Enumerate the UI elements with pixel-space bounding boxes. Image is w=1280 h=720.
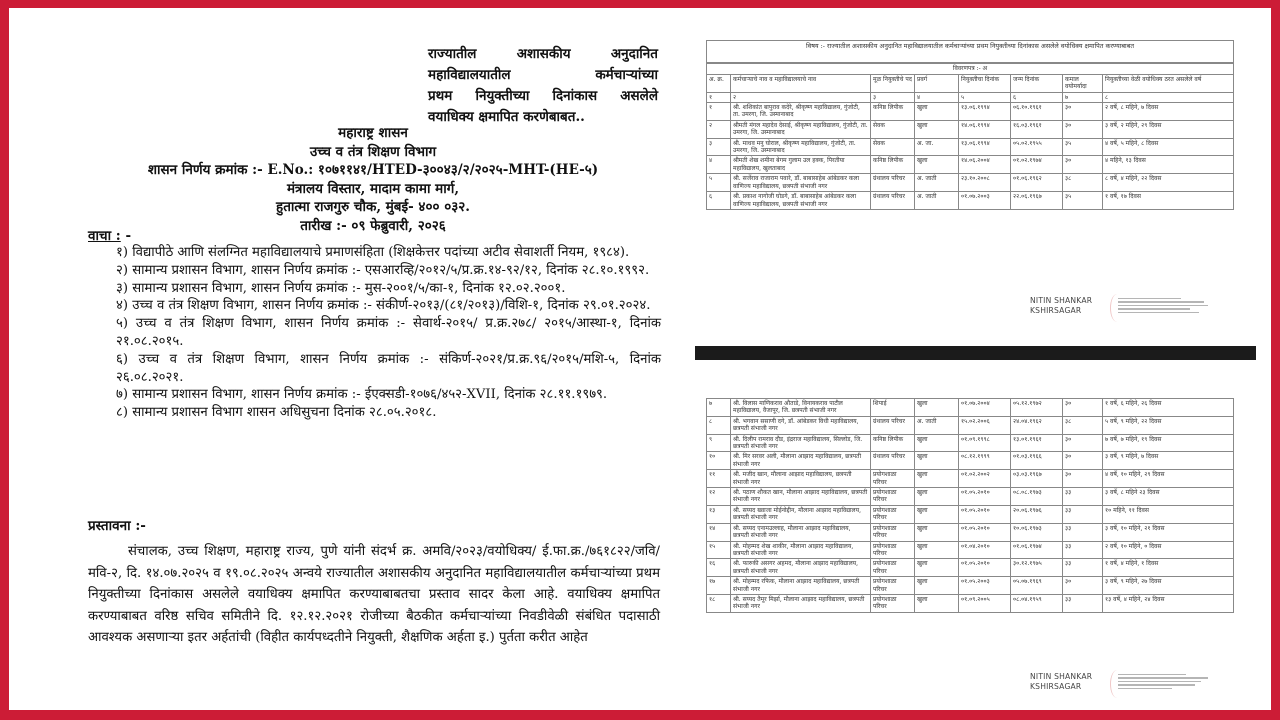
table-cell: ३० <box>1063 156 1103 174</box>
table-cell: ६ <box>707 192 731 210</box>
column-header: प्रवर्ग <box>915 74 959 92</box>
column-header-row: अ. क्र.कर्मचाऱ्याचे नाव व महाविद्यालयाचे… <box>707 74 1234 92</box>
table-cell: ८ <box>707 416 731 434</box>
annexure-caption: विषय :- राज्यातील अशासकीय अनुदानित महावि… <box>706 40 1234 63</box>
column-number: ४ <box>915 92 959 102</box>
table-cell: ३० <box>1063 470 1103 488</box>
table-cell: ३५ <box>1063 138 1103 156</box>
table-cell: ०१.०३.१९६६ <box>1011 452 1063 470</box>
table-cell: ३० <box>1063 103 1103 121</box>
table-cell: ग्रंथालय परिचर <box>871 174 915 192</box>
table-cell: १० महिने, ११ दिवस <box>1103 505 1234 523</box>
table-cell: खुला <box>915 505 959 523</box>
reference-item: ६) उच्च व तंत्र शिक्षण विभाग, शासन निर्ण… <box>116 351 661 387</box>
subject-block: राज्यातील अशासकीय अनुदानित महाविद्यालयात… <box>428 44 658 128</box>
table-cell: ३३ <box>1063 541 1103 559</box>
column-number: ६ <box>1011 92 1063 102</box>
column-number: २ <box>731 92 871 102</box>
annexure-sheet-page1: विषय :- राज्यातील अशासकीय अनुदानित महावि… <box>706 40 1234 210</box>
table-cell: ०१.०४.२०१० <box>959 541 1011 559</box>
department-name: उच्च व तंत्र शिक्षण विभाग <box>88 143 658 162</box>
table-cell: श्री. विलास माणिकराव औताडे, विनायकराव पा… <box>731 399 871 417</box>
table-cell: ३० <box>1063 434 1103 452</box>
table-cell: प्रयोगशाळा परिचर <box>871 505 915 523</box>
reference-item: १) विद्यापीठे आणि संलग्नित महाविद्यालयाच… <box>116 244 661 262</box>
table-cell: ०५.१२.१९७२ <box>1011 399 1063 417</box>
reference-item: २) सामान्य प्रशासन विभाग, शासन निर्णय क्… <box>116 262 661 280</box>
table-cell: अ. जाती <box>915 416 959 434</box>
table-cell: २०.०६.१९७६ <box>1011 505 1063 523</box>
table-cell: १ वर्षे, ६ महिने, २६ दिवस <box>1103 399 1234 417</box>
table-cell: ३० <box>1063 452 1103 470</box>
table-cell: ५ <box>707 174 731 192</box>
table-cell: प्रयोगशाळा परिचर <box>871 470 915 488</box>
table-cell: प्रयोगशाळा परिचर <box>871 523 915 541</box>
table-cell: ०८.१२.१९९९ <box>959 452 1011 470</box>
gr-number: शासन निर्णय क्रमांक :- E.No.: १०७११४१/HT… <box>88 161 658 180</box>
address-line: मंत्रालय विस्तार, मादाम कामा मार्ग, <box>88 180 658 199</box>
table-cell: श्री. मजीद खान, मौलाना आझाद महाविद्यालय,… <box>731 470 871 488</box>
signer-name: NITIN SHANKARKSHIRSAGAR <box>1030 672 1092 692</box>
table-cell: ३० <box>1063 577 1103 595</box>
annexure-table-continued: ७श्री. विलास माणिकराव औताडे, विनायकराव प… <box>706 398 1234 613</box>
table-row: १२श्री. पठाण शौकत खान, मौलाना आझाद महावि… <box>707 488 1234 506</box>
table-cell: खुला <box>915 156 959 174</box>
digital-signature: NITIN SHANKARKSHIRSAGAR <box>1030 296 1230 326</box>
signature-stamp-icon <box>1118 296 1208 320</box>
table-cell: ०१.०७.२००३ <box>959 192 1011 210</box>
table-cell: श्री. प्रकाश नागोजी घोडगे, डॉ. बाबासाहेब… <box>731 192 871 210</box>
table-cell: शिपाई <box>871 399 915 417</box>
table-cell: १२ <box>707 488 731 506</box>
table-row: ३श्री. माधव मनु घोराल, श्रीकृष्ण महाविद्… <box>707 138 1234 156</box>
table-row: १६श्री. फारुकी असगर अहमद, मौलाना आझाद मह… <box>707 559 1234 577</box>
table-row: ९श्री. दिलीप रामराव दौड, इंद्रराज महाविद… <box>707 434 1234 452</box>
reference-item: ८) सामान्य प्रशासन विभाग शासन अधिसुचना द… <box>116 404 661 422</box>
table-cell: ०५.०२.१९५५ <box>1011 138 1063 156</box>
table-cell: ३ वर्षे, १० महिने, २१ दिवस <box>1103 523 1234 541</box>
table-cell: ३ <box>707 138 731 156</box>
table-cell: ०३.०३.१९६७ <box>1011 470 1063 488</box>
table-cell: १६.०३.१९६१ <box>1011 120 1063 138</box>
table-cell: १३ <box>707 505 731 523</box>
column-header: कमाल वयोमर्यादा <box>1063 74 1103 92</box>
table-cell: ०१.०७.२००४ <box>959 399 1011 417</box>
subject-line: महाविद्यालयातील कर्मचाऱ्यांच्या <box>428 65 658 86</box>
table-cell: ०१.०६.१९६२ <box>1011 174 1063 192</box>
table-cell: ४ वर्षे, ५ महिने, ८ दिवस <box>1103 138 1234 156</box>
read-heading-label: वाचा : <box>88 228 121 244</box>
reference-item: ४) उच्च व तंत्र शिक्षण विभाग, शासन निर्ण… <box>116 297 661 315</box>
column-header: नियुक्तीच्या वेळी वयोधिक्य ठरत असलेले वर… <box>1103 74 1234 92</box>
table-cell: प्रयोगशाळा परिचर <box>871 559 915 577</box>
table-cell: ०१.०५.२०१० <box>959 559 1011 577</box>
table-cell: खुला <box>915 541 959 559</box>
table-cell: श्री. सर्जेराव राजाराम पवारे, डॉ. बाबासा… <box>731 174 871 192</box>
table-cell: ३३ <box>1063 488 1103 506</box>
table-cell: खुला <box>915 434 959 452</box>
table-cell: २ <box>707 120 731 138</box>
reference-item: ५) उच्च व तंत्र शिक्षण विभाग, शासन निर्ण… <box>116 315 661 351</box>
table-cell: ३० <box>1063 120 1103 138</box>
table-cell: ४ वर्षे, १० महिने, २९ दिवस <box>1103 470 1234 488</box>
table-cell: खुला <box>915 452 959 470</box>
table-cell: श्री. फारुकी असगर अहमद, मौलाना आझाद महाव… <box>731 559 871 577</box>
column-number: ८ <box>1103 92 1234 102</box>
table-cell: १३.०६.१९९४ <box>959 103 1011 121</box>
page-divider-bar <box>695 346 1256 360</box>
table-cell: ३३ <box>1063 594 1103 612</box>
reference-item: ७) सामान्य प्रशासन विभाग, शासन निर्णय क्… <box>116 386 661 404</box>
table-cell: अ. जाती <box>915 174 959 192</box>
table-cell: श्री. दिलीप रामराव दौड, इंद्रराज महाविद्… <box>731 434 871 452</box>
table-cell: १४ <box>707 523 731 541</box>
table-cell: कनिष्ठ लिपीक <box>871 156 915 174</box>
digital-signature: NITIN SHANKARKSHIRSAGAR <box>1030 672 1230 702</box>
table-cell: १४.०६.२००४ <box>959 156 1011 174</box>
table-row: १३श्री. सय्यद ख्वाजा मोईनोद्दीन, मौलाना … <box>707 505 1234 523</box>
intro-heading: प्रस्तावना :- <box>88 516 146 534</box>
table-cell: ०१.०५.२०१० <box>959 505 1011 523</box>
table-cell: श्रीमती मंगल महादेव देसाई, श्रीकृष्ण महा… <box>731 120 871 138</box>
table-cell: ०८.०८.१९७३ <box>1011 488 1063 506</box>
table-cell: ०१.०२.१९७४ <box>1011 156 1063 174</box>
table-cell: खुला <box>915 577 959 595</box>
table-cell: ११ <box>707 470 731 488</box>
table-cell: ०१.०९.१९९८ <box>959 434 1011 452</box>
table-row: ६श्री. प्रकाश नागोजी घोडगे, डॉ. बाबासाहे… <box>707 192 1234 210</box>
table-cell: ०१.०५.२०१० <box>959 488 1011 506</box>
table-row: ८श्री. भगवान ससाणी दगे, डॉ. आंबेडकर विधी… <box>707 416 1234 434</box>
table-row: ११श्री. मजीद खान, मौलाना आझाद महाविद्याल… <box>707 470 1234 488</box>
column-number: १ <box>707 92 731 102</box>
table-cell: ३ वर्षे, २ महिने, २९ दिवस <box>1103 120 1234 138</box>
table-cell: १४.०६.१९९४ <box>959 120 1011 138</box>
table-cell: ०१.०५.२००३ <box>959 577 1011 595</box>
table-cell: ३३ <box>1063 505 1103 523</box>
table-cell: कनिष्ठ लिपीक <box>871 434 915 452</box>
column-header: मूळ नियुक्तीचे पद <box>871 74 915 92</box>
table-cell: खुला <box>915 470 959 488</box>
table-row: १५श्री. मोहम्मद शेख शाकीर, मौलाना आझाद म… <box>707 541 1234 559</box>
table-cell: ३८ <box>1063 416 1103 434</box>
table-cell: ग्रंथालय परिचर <box>871 452 915 470</box>
annexure-sheet-page2: ७श्री. विलास माणिकराव औताडे, विनायकराव प… <box>706 398 1234 613</box>
column-number: ७ <box>1063 92 1103 102</box>
table-cell: प्रयोगशाळा परिचर <box>871 541 915 559</box>
table-cell: ०१.०५.२०१० <box>959 523 1011 541</box>
table-row: १८श्री. सय्यद तैमूर मिर्झा, मौलाना आझाद … <box>707 594 1234 612</box>
table-cell: २ वर्षे, १० महिने, ० दिवस <box>1103 541 1234 559</box>
table-cell: ४ <box>707 156 731 174</box>
table-cell: १५.०२.२००६ <box>959 416 1011 434</box>
table-cell: ०१.०६.१९७४ <box>1011 541 1063 559</box>
subject-line: प्रथम नियुक्तीच्या दिनांकास असलेले <box>428 86 658 107</box>
table-cell: श्री. शशिकांत बापुराव कदेरे, श्रीकृष्ण म… <box>731 103 871 121</box>
table-cell: ०५.०७.१९६९ <box>1011 577 1063 595</box>
table-cell: ३३ <box>1063 559 1103 577</box>
table-cell: ३ वर्षे, ९ महिने, २७ दिवस <box>1103 577 1234 595</box>
table-cell: १ वर्षे, ४ महिने, १ दिवस <box>1103 559 1234 577</box>
column-number-row: १२३४५६७८ <box>707 92 1234 102</box>
table-cell: १ वर्षे, १७ दिवस <box>1103 192 1234 210</box>
table-cell: १३ वर्षे, ४ महिने, २४ दिवस <box>1103 594 1234 612</box>
table-row: १७श्री. मोहम्मद रफिक, मौलाना आझाद महाविद… <box>707 577 1234 595</box>
column-header: नियुक्तीचा दिनांक <box>959 74 1011 92</box>
table-cell: २२.०६.१९६७ <box>1011 192 1063 210</box>
table-cell: श्री. सय्यद एनामउल्लाह, मौलाना आझाद महाव… <box>731 523 871 541</box>
table-cell: खुला <box>915 103 959 121</box>
table-cell: ५ वर्षे, ९ महिने, २२ दिवस <box>1103 416 1234 434</box>
table-cell: १० <box>707 452 731 470</box>
table-cell: खुला <box>915 488 959 506</box>
table-cell: ३ वर्षे, ९ महिने, ७ दिवस <box>1103 452 1234 470</box>
column-number: ३ <box>871 92 915 102</box>
table-cell: ०६.१०.१९६१ <box>1011 103 1063 121</box>
table-cell: श्री. मिर सरवर अली, मौलाना आझाद महाविद्य… <box>731 452 871 470</box>
table-cell: १८ <box>707 594 731 612</box>
table-cell: अ. जाती <box>915 192 959 210</box>
table-cell: १७ <box>707 577 731 595</box>
table-cell: कनिष्ठ लिपीक <box>871 103 915 121</box>
table-cell: १५ <box>707 541 731 559</box>
table-cell: ग्रंथालय परिचर <box>871 192 915 210</box>
table-cell: ८ वर्षे, ४ महिने, २२ दिवस <box>1103 174 1234 192</box>
table-cell: सेवक <box>871 138 915 156</box>
annexure-table: विवरणपत्र :- अ अ. क्र.कर्मचाऱ्याचे नाव व… <box>706 63 1234 210</box>
table-cell: १३.०६.१९९४ <box>959 138 1011 156</box>
signature-stamp-icon <box>1118 672 1208 696</box>
table-cell: खुला <box>915 559 959 577</box>
reference-list: १) विद्यापीठे आणि संलग्नित महाविद्यालयाच… <box>116 244 661 422</box>
table-cell: श्री. सय्यद तैमूर मिर्झा, मौलाना आझाद मह… <box>731 594 871 612</box>
table-cell: ३ वर्षे, ८ महिने २३ दिवस <box>1103 488 1234 506</box>
column-header: कर्मचाऱ्याचे नाव व महाविद्यालयाचे नाव <box>731 74 871 92</box>
table-cell: ग्रंथालय परिचर <box>871 416 915 434</box>
table-cell: ३५ <box>1063 192 1103 210</box>
table-cell: ३० <box>1063 399 1103 417</box>
table-cell: ०१.०२.२००२ <box>959 470 1011 488</box>
subject-line: राज्यातील अशासकीय अनुदानित <box>428 44 658 65</box>
table-cell: प्रयोगशाळा परिचर <box>871 594 915 612</box>
table-cell: २३.१०.२००८ <box>959 174 1011 192</box>
header-block: महाराष्ट्र शासन उच्च व तंत्र शिक्षण विभा… <box>88 124 658 235</box>
read-heading-suffix: - <box>121 228 131 244</box>
table-cell: प्रयोगशाळा परिचर <box>871 577 915 595</box>
table-cell: श्री. मोहम्मद शेख शाकीर, मौलाना आझाद महा… <box>731 541 871 559</box>
sheet-title: विवरणपत्र :- अ <box>707 64 1234 74</box>
table-cell: खुला <box>915 399 959 417</box>
table-row: १०श्री. मिर सरवर अली, मौलाना आझाद महाविद… <box>707 452 1234 470</box>
table-cell: १३.०१.१९६१ <box>1011 434 1063 452</box>
table-row: ७श्री. विलास माणिकराव औताडे, विनायकराव प… <box>707 399 1234 417</box>
table-cell: खुला <box>915 523 959 541</box>
table-cell: खुला <box>915 120 959 138</box>
table-cell: ४ महिने, १३ दिवस <box>1103 156 1234 174</box>
table-cell: ३३ <box>1063 523 1103 541</box>
table-cell: २४.०४.१९६२ <box>1011 416 1063 434</box>
table-cell: ९ <box>707 434 731 452</box>
table-cell: १०.०६.१९७३ <box>1011 523 1063 541</box>
table-row: ४श्रीमती शेख शमीना बेगम गुलाम उल हक्क, प… <box>707 156 1234 174</box>
table-cell: श्री. माधव मनु घोराल, श्रीकृष्ण महाविद्य… <box>731 138 871 156</box>
table-cell: श्रीमती शेख शमीना बेगम गुलाम उल हक्क, पि… <box>731 156 871 174</box>
column-header: जन्म दिनांक <box>1011 74 1063 92</box>
table-cell: ०८.०४.१९५९ <box>1011 594 1063 612</box>
table-row: १४श्री. सय्यद एनामउल्लाह, मौलाना आझाद मह… <box>707 523 1234 541</box>
column-number: ५ <box>959 92 1011 102</box>
table-cell: प्रयोगशाळा परिचर <box>871 488 915 506</box>
read-heading: वाचा : - <box>88 226 131 244</box>
intro-paragraph: संचालक, उच्च शिक्षण, महाराष्ट्र राज्य, प… <box>88 541 660 649</box>
table-cell: श्री. पठाण शौकत खान, मौलाना आझाद महाविद्… <box>731 488 871 506</box>
table-cell: २ वर्षे, ८ महिने, ७ दिवस <box>1103 103 1234 121</box>
table-cell: श्री. मोहम्मद रफिक, मौलाना आझाद महाविद्य… <box>731 577 871 595</box>
table-cell: श्री. सय्यद ख्वाजा मोईनोद्दीन, मौलाना आझ… <box>731 505 871 523</box>
table-row: १श्री. शशिकांत बापुराव कदेरे, श्रीकृष्ण … <box>707 103 1234 121</box>
table-row: २श्रीमती मंगल महादेव देसाई, श्रीकृष्ण मह… <box>707 120 1234 138</box>
table-cell: अ. जा. <box>915 138 959 156</box>
table-cell: खुला <box>915 594 959 612</box>
table-cell: श्री. भगवान ससाणी दगे, डॉ. आंबेडकर विधी … <box>731 416 871 434</box>
government-name: महाराष्ट्र शासन <box>88 124 658 143</box>
signer-name: NITIN SHANKARKSHIRSAGAR <box>1030 296 1092 316</box>
column-header: अ. क्र. <box>707 74 731 92</box>
document-date: तारीख :- ०९ फेब्रुवारी, २०२६ <box>88 217 658 236</box>
table-cell: ३०.१२.१९७५ <box>1011 559 1063 577</box>
table-cell: १ <box>707 103 731 121</box>
table-cell: ३८ <box>1063 174 1103 192</box>
address-line: हुतात्मा राजगुरु चौक, मुंबई- ४०० ०३२. <box>88 198 658 217</box>
table-cell: ०१.०९.२००५ <box>959 594 1011 612</box>
table-row: ५श्री. सर्जेराव राजाराम पवारे, डॉ. बाबास… <box>707 174 1234 192</box>
table-cell: सेवक <box>871 120 915 138</box>
table-cell: ७ <box>707 399 731 417</box>
reference-item: ३) सामान्य प्रशासन विभाग, शासन निर्णय क्… <box>116 280 661 298</box>
table-cell: ७ वर्षे, ७ महिने, १९ दिवस <box>1103 434 1234 452</box>
table-cell: १६ <box>707 559 731 577</box>
